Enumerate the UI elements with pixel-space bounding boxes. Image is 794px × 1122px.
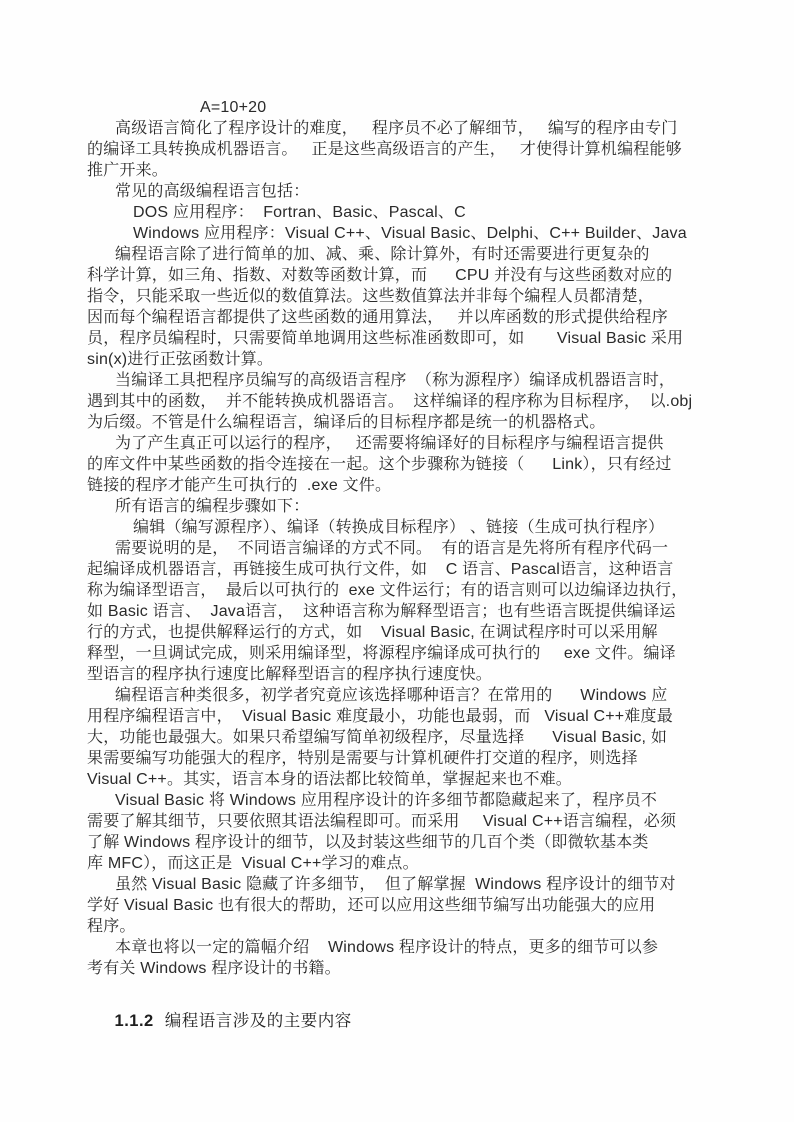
text-line: 所有语言的编程步骤如下： <box>87 496 727 517</box>
text-line: 了解 Windows 程序设计的细节，以及封装这些细节的几百个类（即微软基本类 <box>87 832 727 853</box>
text-line: 的编译工具转换成机器语言。 正是这些高级语言的产生， 才使得计算机编程能够 <box>87 139 727 160</box>
text-line: sin(x)进行正弦函数计算。 <box>87 349 727 370</box>
text-block: A=10+20高级语言简化了程序设计的难度， 程序员不必了解细节， 编写的程序由… <box>87 97 727 1010</box>
text-line: 行的方式，也提供解释运行的方式，如 Visual Basic, 在调试程序时可以… <box>87 622 727 643</box>
text-line: 为了产生真正可以运行的程序， 还需要将编译好的目标程序与编程语言提供 <box>87 433 727 454</box>
text-line: 程序。 <box>87 916 727 937</box>
text-line: 为后缀。不管是什么编程语言，编译后的目标程序都是统一的机器格式。 <box>87 412 727 433</box>
section-title: 编程语言涉及的主要内容 <box>165 1012 352 1030</box>
text-line: 编辑（编写源程序）、编译（转换成目标程序） 、链接（生成可执行程序） <box>87 517 727 538</box>
text-line: Visual C++。其实，语言本身的语法都比较简单，掌握起来也不难。 <box>87 769 727 790</box>
text-line: 指令，只能采取一些近似的数值算法。这些数值算法并非每个编程人员都清楚， <box>87 286 727 307</box>
text-line: 需要说明的是， 不同语言编译的方式不同。 有的语言是先将所有程序代码一 <box>87 538 727 559</box>
text-line: Windows 应用程序：Visual C++、Visual Basic、Del… <box>87 223 727 244</box>
text-line: 称为编译型语言， 最后以可执行的 exe 文件运行；有的语言则可以边编译边执行， <box>87 580 727 601</box>
document-page: A=10+20高级语言简化了程序设计的难度， 程序员不必了解细节， 编写的程序由… <box>0 0 794 1122</box>
text-line: 虽然 Visual Basic 隐藏了许多细节， 但了解掌握 Windows 程… <box>87 874 727 895</box>
text-line: 需要了解其细节，只要依照其语法编程即可。而采用 Visual C++语言编程，必… <box>87 811 727 832</box>
text-line: 大，功能也最强大。如果只希望编写简单初级程序，尽量选择 Visual Basic… <box>87 727 727 748</box>
text-line: 科学计算，如三角、指数、对数等函数计算，而 CPU 并没有与这些函数对应的 <box>87 265 727 286</box>
text-line: 常见的高级编程语言包括： <box>87 181 727 202</box>
text-line: 型语言的程序执行速度比解释型语言的程序执行速度快。 <box>87 664 727 685</box>
text-line: 编程语言种类很多，初学者究竟应该选择哪种语言？在常用的 Windows 应 <box>87 685 727 706</box>
code-line: A=10+20 <box>87 97 727 118</box>
text-line: 推广开来。 <box>87 160 727 181</box>
text-line: 当编译工具把程序员编写的高级语言程序 （称为源程序）编译成机器语言时， <box>87 370 727 391</box>
text-line: 员，程序员编程时，只需要简单地调用这些标准函数即可，如 Visual Basic… <box>87 328 727 349</box>
section-number: 1.1.2 <box>115 1012 154 1030</box>
text-line: 学好 Visual Basic 也有很大的帮助，还可以应用这些细节编写出功能强大… <box>87 895 727 916</box>
text-line: 编程语言除了进行简单的加、减、乘、除计算外，有时还需要进行更复杂的 <box>87 244 727 265</box>
text-line: 如 Basic 语言、 Java语言， 这种语言称为解释型语言；也有些语言既提供… <box>87 601 727 622</box>
text-line: 果需要编写功能强大的程序，特别是需要与计算机硬件打交道的程序，则选择 <box>87 748 727 769</box>
text-line: 遇到其中的函数， 并不能转换成机器语言。 这样编译的程序称为目标程序， 以.ob… <box>87 391 727 412</box>
text-line: 释型，一旦调试完成，则采用编译型，将源程序编译成可执行的 exe 文件。编译 <box>87 643 727 664</box>
body-text: A=10+20高级语言简化了程序设计的难度， 程序员不必了解细节， 编写的程序由… <box>87 97 727 979</box>
text-line: Visual Basic 将 Windows 应用程序设计的许多细节都隐藏起来了… <box>87 790 727 811</box>
text-line: 链接的程序才能产生可执行的 .exe 文件。 <box>87 475 727 496</box>
text-line: DOS 应用程序： Fortran、Basic、Pascal、C <box>87 202 727 223</box>
text-line: 因而每个编程语言都提供了这些函数的通用算法， 并以库函数的形式提供给程序 <box>87 307 727 328</box>
section-heading: 1.1.2编程语言涉及的主要内容 <box>87 988 727 1010</box>
text-line: 起编译成机器语言，再链接生成可执行文件，如 C 语言、Pascal语言，这种语言 <box>87 559 727 580</box>
text-line: 高级语言简化了程序设计的难度， 程序员不必了解细节， 编写的程序由专门 <box>87 118 727 139</box>
text-line: 考有关 Windows 程序设计的书籍。 <box>87 958 727 979</box>
text-line: 本章也将以一定的篇幅介绍 Windows 程序设计的特点，更多的细节可以参 <box>87 937 727 958</box>
text-line: 的库文件中某些函数的指令连接在一起。这个步骤称为链接（ Link），只有经过 <box>87 454 727 475</box>
text-line: 用程序编程语言中， Visual Basic 难度最小，功能也最弱，而 Visu… <box>87 706 727 727</box>
text-line: 库 MFC），而这正是 Visual C++学习的难点。 <box>87 853 727 874</box>
